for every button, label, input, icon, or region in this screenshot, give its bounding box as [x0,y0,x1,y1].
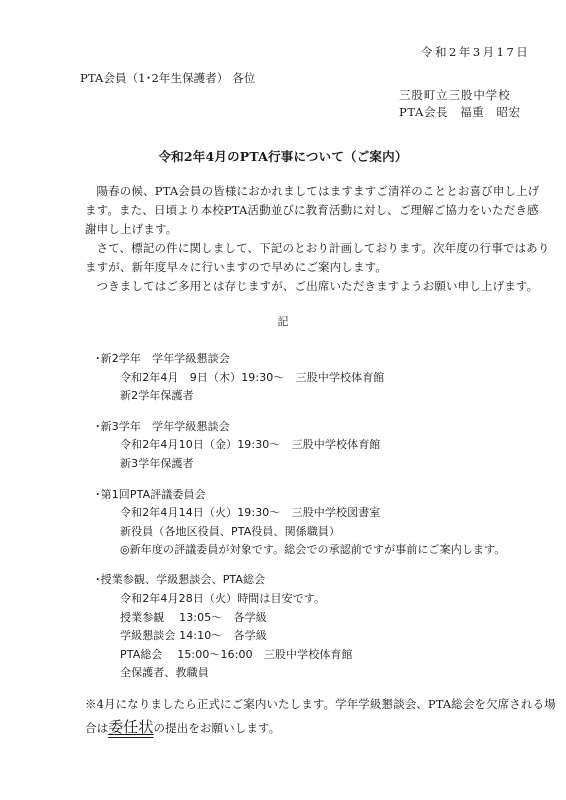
ki-heading: 記 [0,314,566,330]
document-title: 令和2年4月のPTA行事について（ご案内） [0,147,566,165]
event-detail: 新2学年保護者 [120,388,194,404]
paragraph-request: つきましてはご多用とは存じますが、ご出席いただきますようお願い申し上げます。 [85,277,550,296]
event-detail: 全保護者、教職員 [120,665,209,681]
paragraph-greeting: 陽春の候、PTA会員の皆様におかれましてはますますご清祥のこととお喜び申し上げま… [85,182,550,239]
event-detail: 学級懇談会 14:10～ 各学級 [120,628,267,644]
event-heading: ･授業参観、学級懇談会、PTA総会 [95,572,265,588]
event-heading: ･新3学年 学年学級懇談会 [95,419,230,435]
sender-school: 三股町立三股中学校 [399,87,511,103]
addressee: PTA会員（1･2年生保護者） 各位 [80,70,255,86]
event-heading: ･新2学年 学年学級懇談会 [95,351,230,367]
footnote-line1: ※4月になりましたら正式にご案内いたします。学年学級懇談会、PTA総会を欠席され… [85,696,556,712]
sender-name: PTA会長 福重 昭宏 [399,104,521,120]
event-detail: 新3学年保護者 [120,456,194,472]
footnote-text: 合は [85,721,108,735]
event-heading: ･第1回PTA評議委員会 [95,487,206,503]
emphasis-proxy-form: 委任状 [108,718,153,736]
paragraph-purpose: さて、標記の件に関しまして、下記のとおり計画しております。次年度の行事ではありま… [85,239,550,277]
event-note: ◎新年度の評議委員が対象です。総会での承認前ですが事前にご案内します。 [120,542,505,558]
document-date: 令和2年3月17日 [421,44,530,60]
footnote-text: の提出をお願いします。 [154,721,281,735]
event-detail: 令和2年4月10日（金）19:30～ 三股中学校体育館 [120,437,380,453]
footnote-line2: 合は委任状の提出をお願いします。 [85,719,280,736]
event-detail: 授業参観 13:05～ 各学級 [120,610,267,626]
body-text: 陽春の候、PTA会員の皆様におかれましてはますますご清祥のこととお喜び申し上げま… [85,182,550,296]
event-detail: 令和2年4月 9日（木）19:30～ 三股中学校体育館 [120,370,384,386]
event-detail: 令和2年4月28日（火）時間は目安です。 [120,591,325,607]
event-detail: 令和2年4月14日（火）19:30～ 三股中学校図書室 [120,505,380,521]
event-detail: 新役員（各地区役員、PTA役員、関係職員） [120,524,340,540]
event-detail: PTA総会 15:00～16:00 三股中学校体育館 [120,647,353,663]
